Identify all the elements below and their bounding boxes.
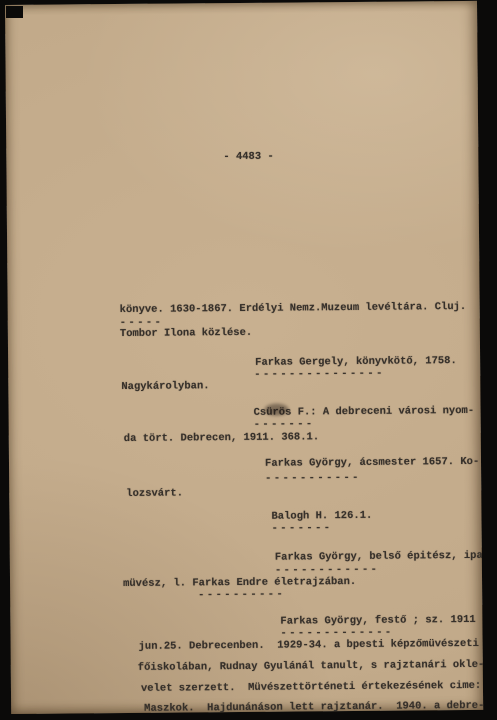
text-line: könyve. 1630-1867. Erdélyi Nemz.Muzeum l… xyxy=(120,301,467,317)
text-line: Tombor Ilona közlése. xyxy=(120,327,252,341)
text-line: Farkas György, ácsmester 1657. Ko- xyxy=(265,456,479,471)
scan-corner-notch xyxy=(6,6,23,18)
text-line: velet szerzett. Müvészettörténeti érteke… xyxy=(141,680,481,696)
dash-underline: ----------- xyxy=(265,473,361,484)
text-line: da tört. Debrecen, 1911. 368.1. xyxy=(124,431,319,446)
dash-underline: ------------ xyxy=(275,565,380,576)
dash-underline: ------------- xyxy=(280,628,393,639)
page-number: - 4483 - xyxy=(223,151,274,163)
dash-underline: ------- xyxy=(254,419,315,430)
text-line: Farkas György, belső épitész, ipar- xyxy=(275,550,483,565)
dash-underline: ------- xyxy=(272,523,333,534)
text-line: lozsvárt. xyxy=(126,487,183,500)
text-line: Maszkok. Hajdunánáson lett rajztanár. 19… xyxy=(144,700,483,714)
dash-underline: --------------- xyxy=(254,369,385,380)
text-line: főiskolában, Rudnay Gyulánál tanult, s r… xyxy=(138,659,483,675)
text-line: Nagykárolyban. xyxy=(121,380,209,394)
dash-underline: ---------- xyxy=(198,590,285,601)
scan-background: - 4483 - könyve. 1630-1867. Erdélyi Nemz… xyxy=(0,0,497,720)
text-line: jun.25. Debrecenben. 1929-34. a bpesti k… xyxy=(139,638,479,654)
dash-underline: ----- xyxy=(120,318,164,328)
document-page: - 4483 - könyve. 1630-1867. Erdélyi Nemz… xyxy=(5,1,483,714)
